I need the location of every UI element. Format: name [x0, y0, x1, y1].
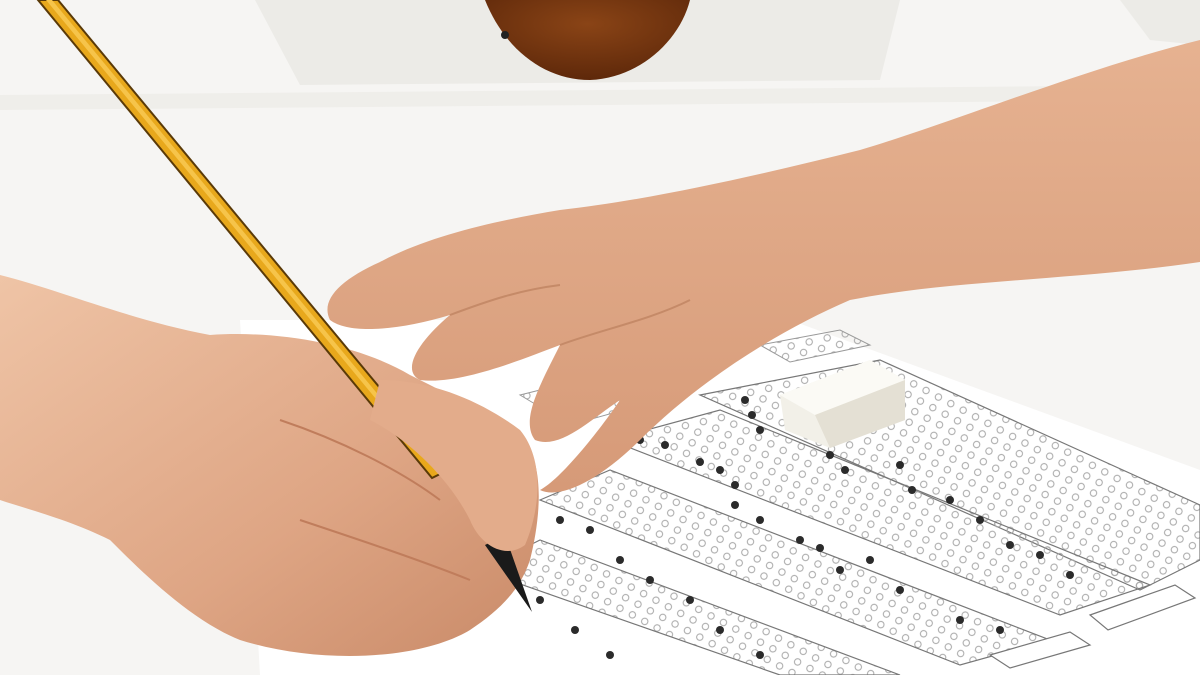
photo-scene: [0, 0, 1200, 675]
photo-illustration: [0, 0, 1200, 675]
